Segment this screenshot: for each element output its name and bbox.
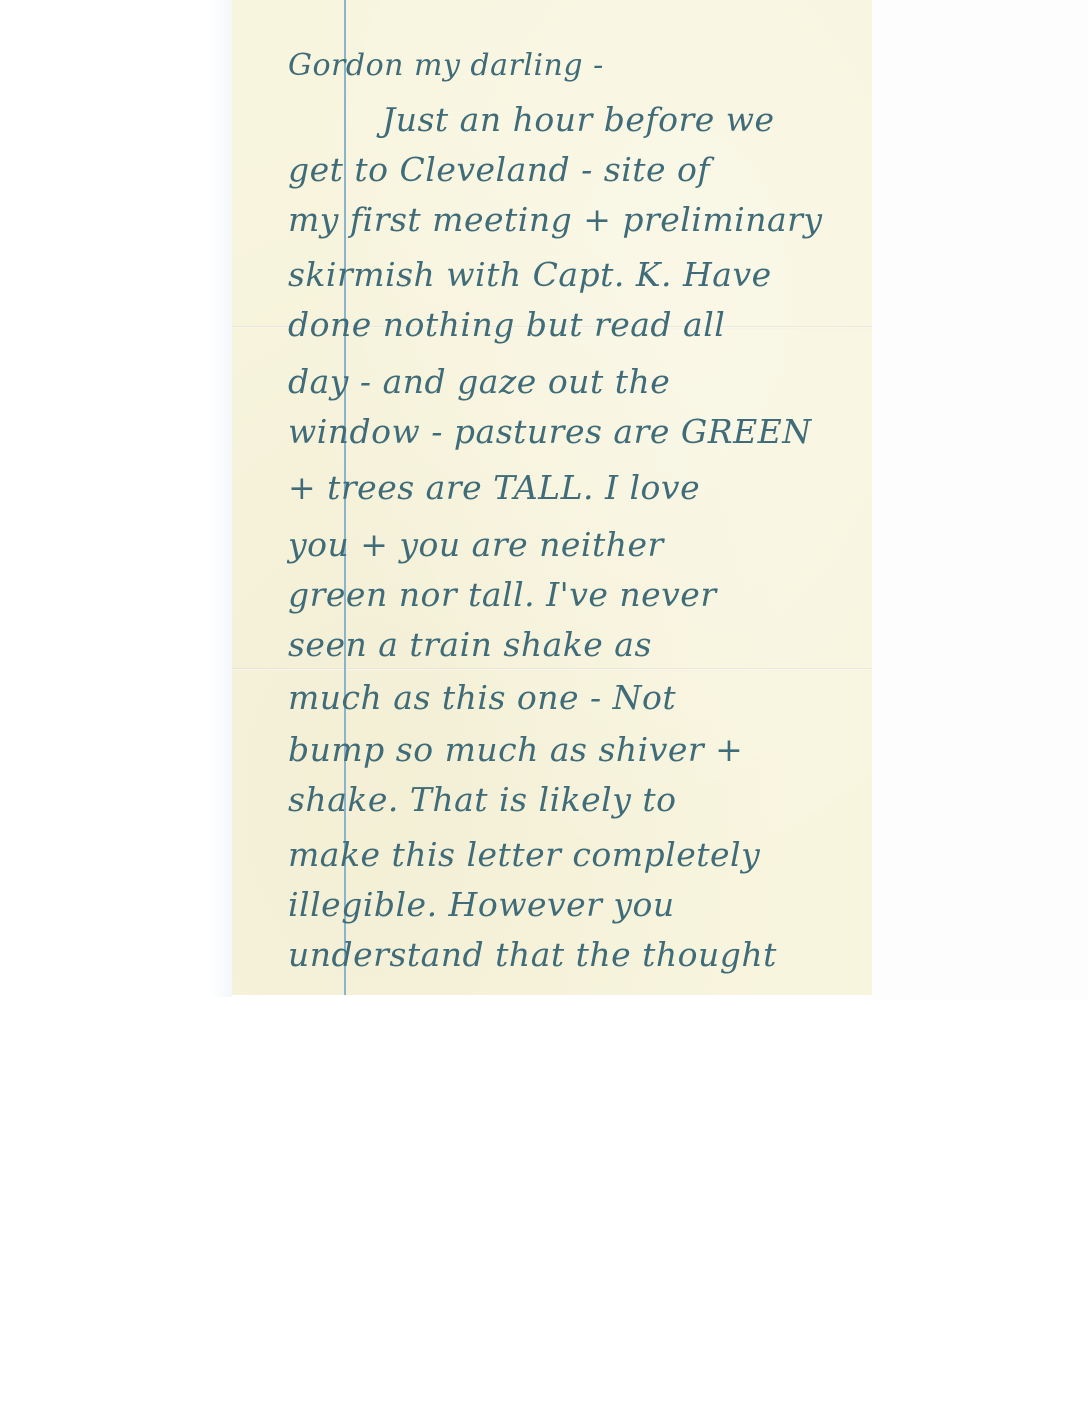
salutation: Gordon my darling -	[288, 48, 604, 83]
letter-page: Gordon my darling - Just an hour before …	[232, 0, 872, 995]
letter-line: Just an hour before we	[382, 100, 775, 139]
letter-line: done nothing but read all	[288, 305, 725, 344]
letter-line: green nor tall. I've never	[288, 575, 717, 614]
letter-line: get to Cleveland - site of	[288, 150, 710, 189]
letter-line: bump so much as shiver +	[288, 730, 743, 769]
scan-background	[872, 0, 1088, 1000]
letter-line: shake. That is likely to	[288, 780, 677, 819]
fold-line	[232, 668, 872, 671]
letter-line: window - pastures are GREEN	[288, 412, 812, 451]
letter-line: skirmish with Capt. K. Have	[288, 255, 772, 294]
letter-line: my first meeting + preliminary	[288, 200, 823, 239]
letter-line: seen a train shake as	[288, 625, 652, 664]
letter-line: make this letter completely	[288, 835, 760, 874]
letter-line: much as this one - Not	[288, 678, 676, 717]
letter-line: + trees are TALL. I love	[288, 468, 700, 507]
scan-edge-shadow	[210, 0, 232, 997]
letter-line: you + you are neither	[288, 525, 664, 564]
letter-line: illegible. However you	[288, 885, 675, 924]
letter-line: day - and gaze out the	[288, 362, 670, 401]
letter-line: understand that the thought	[288, 935, 777, 974]
